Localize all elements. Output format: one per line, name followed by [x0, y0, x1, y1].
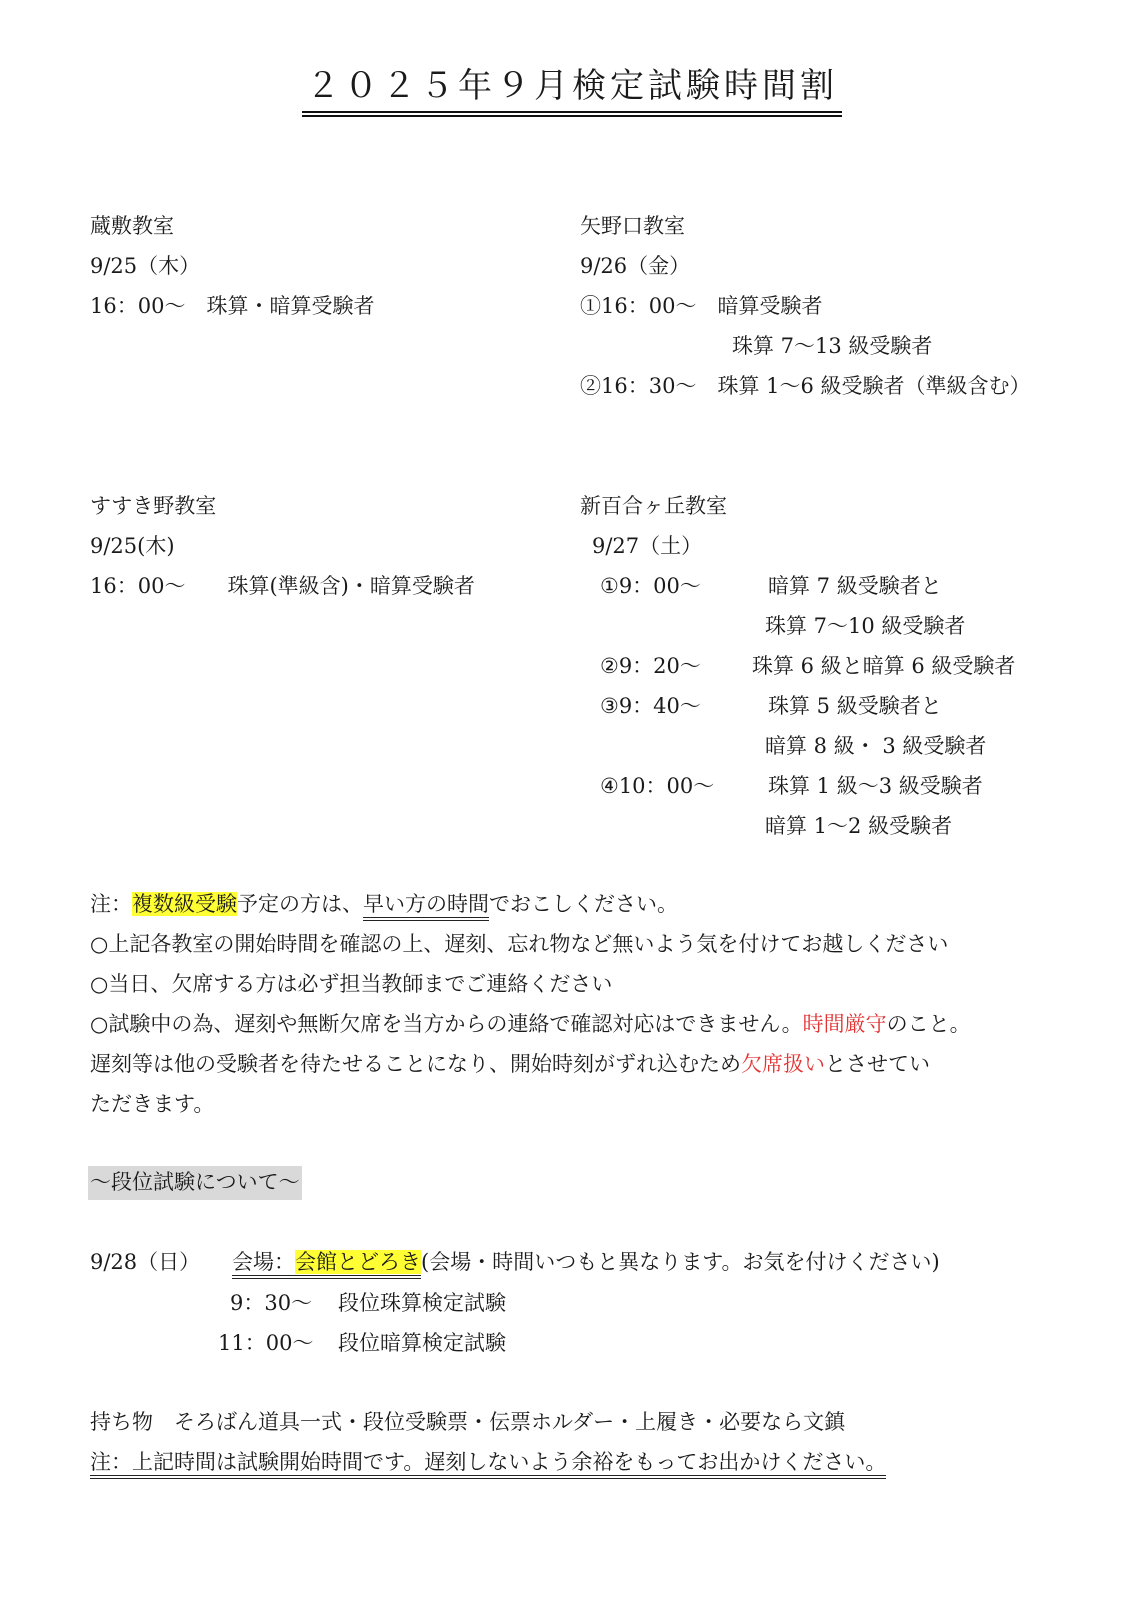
classroom-kurashiki-line: 16：00～ 珠算・暗算受験者 — [90, 292, 374, 320]
dan-exam-venue: 会場：会館とどろき(会場・時間いつもと異なります。お気を付けください) — [232, 1248, 940, 1276]
note-lateness-cont: ただきます。 — [90, 1090, 214, 1118]
page-title-text: ２０２５年９月検定試験時間割 — [302, 58, 842, 117]
dan-schedule-label: 段位暗算検定試験 — [338, 1329, 506, 1357]
note-check-start-time: ○上記各教室の開始時間を確認の上、遅刻、忘れ物など無いよう気を付けてお越しくださ… — [90, 930, 948, 958]
note-punctuality: ○試験中の為、遅刻や無断欠席を当方からの連絡で確認対応はできません。時間厳守のこ… — [90, 1010, 971, 1038]
classroom-susukino-line: 16：00～ 珠算(準級含)・暗算受験者 — [90, 572, 475, 600]
dan-exam-date: 9/28（日） — [90, 1248, 200, 1276]
slot-time: ①9：00～ — [600, 572, 701, 600]
classroom-yanokuchi-date: 9/26（金） — [580, 252, 690, 280]
classroom-kurashiki-date: 9/25（木） — [90, 252, 200, 280]
dan-exam-heading: ～段位試験について～ — [88, 1168, 302, 1196]
slot-line: 暗算 7 級受験者と — [768, 572, 942, 600]
slot-time: ④10：00～ — [600, 772, 714, 800]
slot-line: 暗算 1～2 級受験者 — [765, 812, 952, 840]
classroom-susukino-date: 9/25(木) — [90, 532, 175, 560]
slot-line: 暗算 8 級・ 3 級受験者 — [765, 732, 986, 760]
belongings: 持ち物 そろばん道具一式・段位受験票・伝票ホルダー・上履き・必要なら文鎮 — [90, 1408, 845, 1436]
slot-time: ②9：20～ — [600, 652, 701, 680]
underlined-earlier-time: 早い方の時間 — [363, 892, 489, 921]
final-note: 注：上記時間は試験開始時間です。遅刻しないよう余裕をもってお出かけください。 — [90, 1448, 886, 1476]
red-punctuality: 時間厳守 — [803, 1012, 887, 1036]
dan-schedule-time: 11：00～ — [218, 1329, 313, 1357]
note-multiple-grades: 注：複数級受験予定の方は、早い方の時間でおこしください。 — [90, 890, 678, 918]
classroom-shinyurigaoka-date: 9/27（土） — [592, 532, 702, 560]
classroom-yanokuchi-line: ①16：00～ 暗算受験者 — [580, 292, 822, 320]
note-lateness: 遅刻等は他の受験者を待たせることになり、開始時刻がずれ込むため欠席扱いとさせてい — [90, 1050, 930, 1078]
slot-line: 珠算 5 級受験者と — [768, 692, 942, 720]
classroom-yanokuchi-line: ②16：30～ 珠算 1～6 級受験者（準級含む） — [580, 372, 1031, 400]
classroom-yanokuchi-name: 矢野口教室 — [580, 212, 685, 240]
slot-line: 珠算 1 級～3 級受験者 — [768, 772, 983, 800]
highlight-multiple-grades: 複数級受験 — [132, 892, 237, 916]
highlight-venue-name: 会館とどろき — [295, 1250, 421, 1274]
red-absence: 欠席扱い — [741, 1052, 825, 1076]
dan-schedule-label: 段位珠算検定試験 — [338, 1289, 506, 1317]
classroom-susukino-name: すすき野教室 — [90, 492, 216, 520]
slot-line: 珠算 6 級と暗算 6 級受験者 — [752, 652, 1015, 680]
page-title: ２０２５年９月検定試験時間割 — [0, 58, 1144, 117]
classroom-shinyurigaoka-name: 新百合ヶ丘教室 — [580, 492, 727, 520]
slot-line: 珠算 7～10 級受験者 — [765, 612, 965, 640]
classroom-kurashiki-name: 蔵敷教室 — [90, 212, 174, 240]
slot-time: ③9：40～ — [600, 692, 701, 720]
dan-schedule-time: 9：30～ — [230, 1289, 312, 1317]
note-absence-contact: ○当日、欠席する方は必ず担当教師までご連絡ください — [90, 970, 612, 998]
classroom-yanokuchi-line: 珠算 7～13 級受験者 — [732, 332, 932, 360]
